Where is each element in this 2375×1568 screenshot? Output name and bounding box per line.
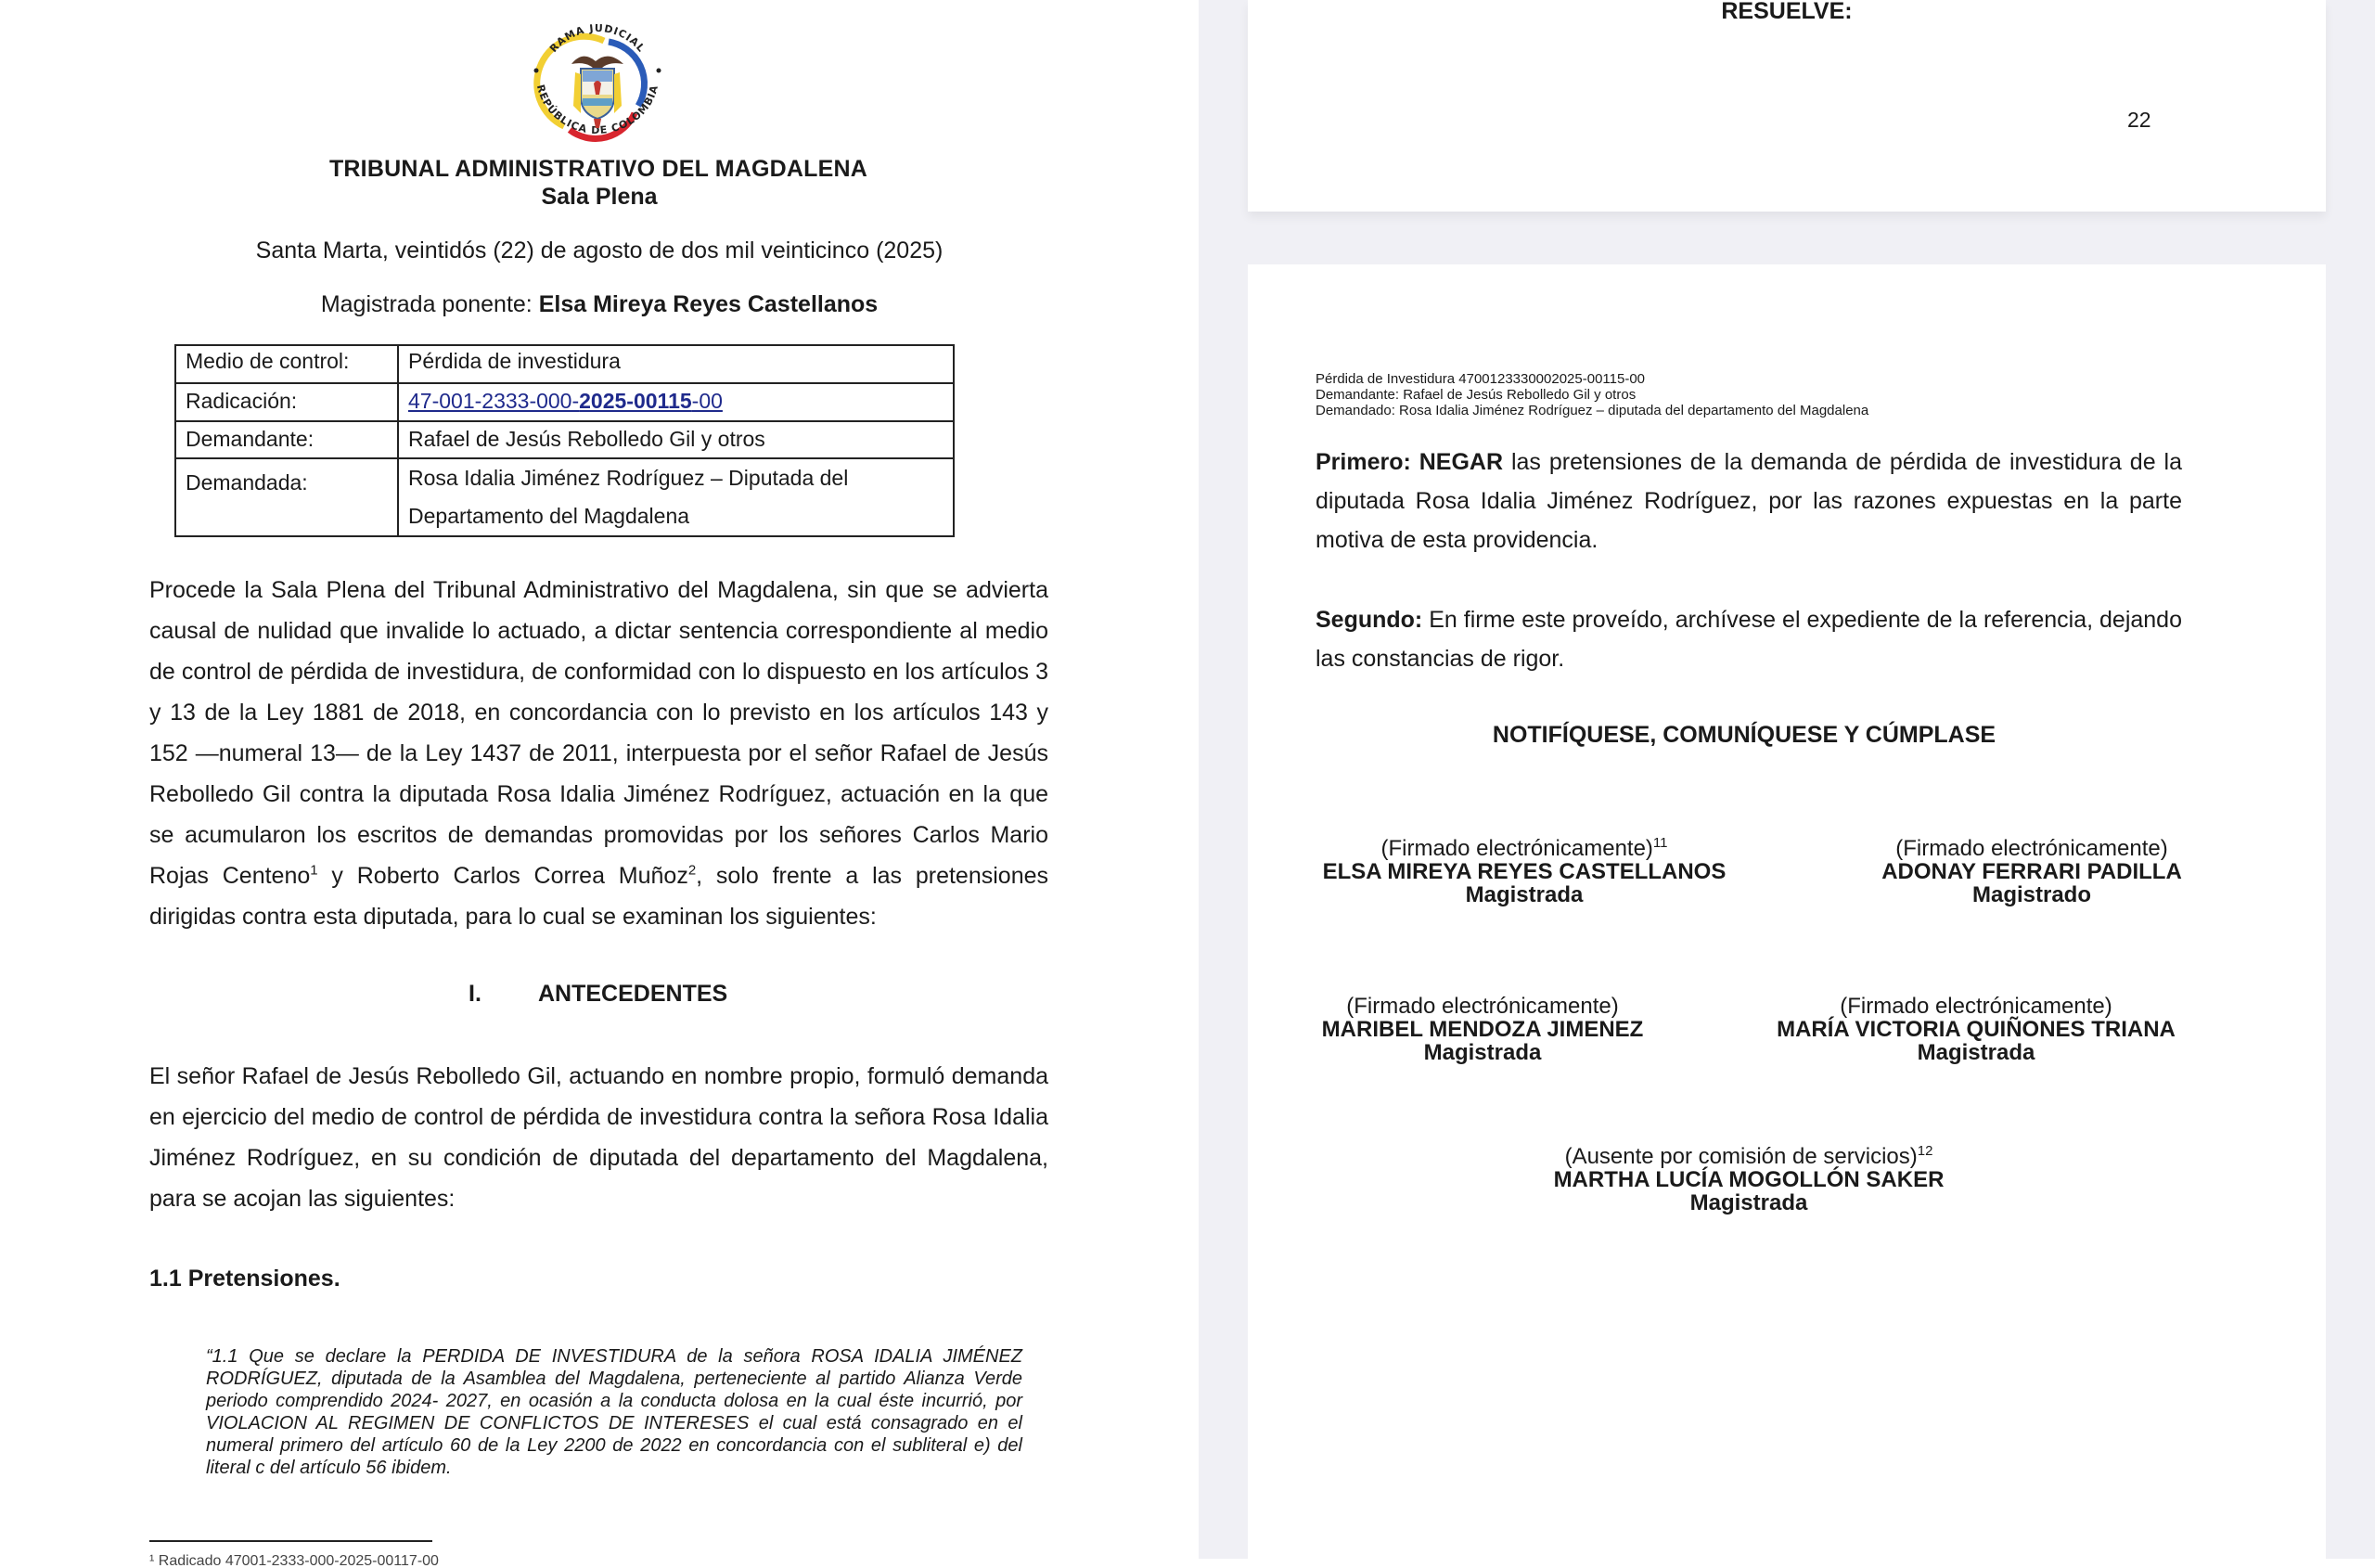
signatory-role: Magistrada bbox=[1316, 883, 1733, 906]
resolution-second: Segundo: En firme este proveído, archíve… bbox=[1316, 600, 2182, 678]
table-row: Radicación: 47-001-2333-000-2025-00115-0… bbox=[175, 383, 954, 421]
reference-line: Pérdida de Investidura 4700123330002025-… bbox=[1316, 371, 1868, 387]
table-value: 47-001-2333-000-2025-00115-00 bbox=[398, 383, 954, 421]
footnote-divider bbox=[149, 1540, 432, 1542]
table-label: Medio de control: bbox=[175, 345, 398, 383]
table-row: Demandante: Rafael de Jesús Rebolledo Gi… bbox=[175, 421, 954, 458]
signatory-name: MARTHA LUCÍA MOGOLLÓN SAKER bbox=[1503, 1168, 1995, 1191]
table-value: Rafael de Jesús Rebolledo Gil y otros bbox=[398, 421, 954, 458]
chamber-name: Sala Plena bbox=[0, 184, 1199, 211]
resuelve-heading: RESUELVE: bbox=[1248, 0, 2326, 25]
footnote-ref[interactable]: 1 bbox=[310, 863, 317, 879]
signature-block: (Ausente por comisión de servicios)12 MA… bbox=[1503, 1145, 1995, 1215]
antecedentes-paragraph: El señor Rafael de Jesús Rebolledo Gil, … bbox=[149, 1056, 1048, 1219]
signature-status: (Firmado electrónicamente) bbox=[1316, 995, 1650, 1018]
date-line: Santa Marta, veintidós (22) de agosto de… bbox=[0, 238, 1199, 264]
section-number: I. bbox=[469, 981, 481, 1008]
footnote-ref[interactable]: 2 bbox=[688, 863, 696, 879]
signatory-role: Magistrado bbox=[1818, 883, 2245, 906]
table-label: Demandada: bbox=[175, 458, 398, 536]
ponente-label: Magistrada ponente: bbox=[321, 291, 539, 317]
signature-status: (Firmado electrónicamente)11 bbox=[1316, 837, 1733, 860]
intro-paragraph: Procede la Sala Plena del Tribunal Admin… bbox=[149, 570, 1048, 937]
table-label: Radicación: bbox=[175, 383, 398, 421]
signature-block: (Firmado electrónicamente) MARIBEL MENDO… bbox=[1316, 995, 1650, 1064]
page-number: 22 bbox=[2127, 108, 2151, 133]
signatory-name: MARIBEL MENDOZA JIMENEZ bbox=[1316, 1018, 1650, 1041]
reference-line: Demandado: Rosa Idalia Jiménez Rodríguez… bbox=[1316, 403, 1868, 418]
footnote-text: ¹ Radicado 47001-2333-000-2025-00117-00 bbox=[149, 1553, 439, 1568]
signature-status: (Ausente por comisión de servicios)12 bbox=[1503, 1145, 1995, 1168]
case-number-link[interactable]: 47-001-2333-000-2025-00115-00 bbox=[408, 389, 723, 413]
table-label: Demandante: bbox=[175, 421, 398, 458]
table-row: Demandada: Rosa Idalia Jiménez Rodríguez… bbox=[175, 458, 954, 536]
page-gutter bbox=[1199, 0, 1248, 1559]
signature-block: (Firmado electrónicamente) MARÍA VICTORI… bbox=[1763, 995, 2189, 1064]
court-title: TRIBUNAL ADMINISTRATIVO DEL MAGDALENA bbox=[0, 156, 1198, 183]
signature-block: (Firmado electrónicamente) ADONAY FERRAR… bbox=[1818, 837, 2245, 906]
ponente-name: Elsa Mireya Reyes Castellanos bbox=[539, 291, 878, 317]
notification-heading: NOTIFÍQUESE, COMUNÍQUESE Y CÚMPLASE bbox=[1248, 722, 2240, 749]
document-page-previous-bottom bbox=[1248, 0, 2326, 212]
signatory-name: MARÍA VICTORIA QUIÑONES TRIANA bbox=[1763, 1018, 2189, 1041]
table-value: Pérdida de investidura bbox=[398, 345, 954, 383]
subsection-heading: 1.1 Pretensiones. bbox=[149, 1266, 340, 1292]
ponente-line: Magistrada ponente: Elsa Mireya Reyes Ca… bbox=[0, 291, 1199, 318]
signature-status: (Firmado electrónicamente) bbox=[1818, 837, 2245, 860]
resolution-first: Primero: NEGAR las pretensiones de la de… bbox=[1316, 443, 2182, 559]
section-title: ANTECEDENTES bbox=[538, 981, 727, 1008]
signatory-role: Magistrada bbox=[1503, 1191, 1995, 1215]
signatory-name: ELSA MIREYA REYES CASTELLANOS bbox=[1316, 860, 1733, 883]
signature-block: (Firmado electrónicamente)11 ELSA MIREYA… bbox=[1316, 837, 1733, 906]
signatory-role: Magistrada bbox=[1316, 1041, 1650, 1064]
table-value: Rosa Idalia Jiménez Rodríguez – Diputada… bbox=[398, 458, 954, 536]
table-row: Medio de control: Pérdida de investidura bbox=[175, 345, 954, 383]
signatory-role: Magistrada bbox=[1763, 1041, 2189, 1064]
case-info-table: Medio de control: Pérdida de investidura… bbox=[174, 344, 955, 537]
signature-status: (Firmado electrónicamente) bbox=[1763, 995, 2189, 1018]
signatory-name: ADONAY FERRARI PADILLA bbox=[1818, 860, 2245, 883]
quoted-claim: “1.1 Que se declare la PERDIDA DE INVEST… bbox=[206, 1345, 1022, 1479]
reference-header: Pérdida de Investidura 4700123330002025-… bbox=[1316, 371, 1868, 418]
reference-line: Demandante: Rafael de Jesús Rebolledo Gi… bbox=[1316, 387, 1868, 403]
rama-judicial-seal-icon: RAMA JUDICIAL REPÚBLICA DE COLOMBIA bbox=[516, 13, 679, 152]
